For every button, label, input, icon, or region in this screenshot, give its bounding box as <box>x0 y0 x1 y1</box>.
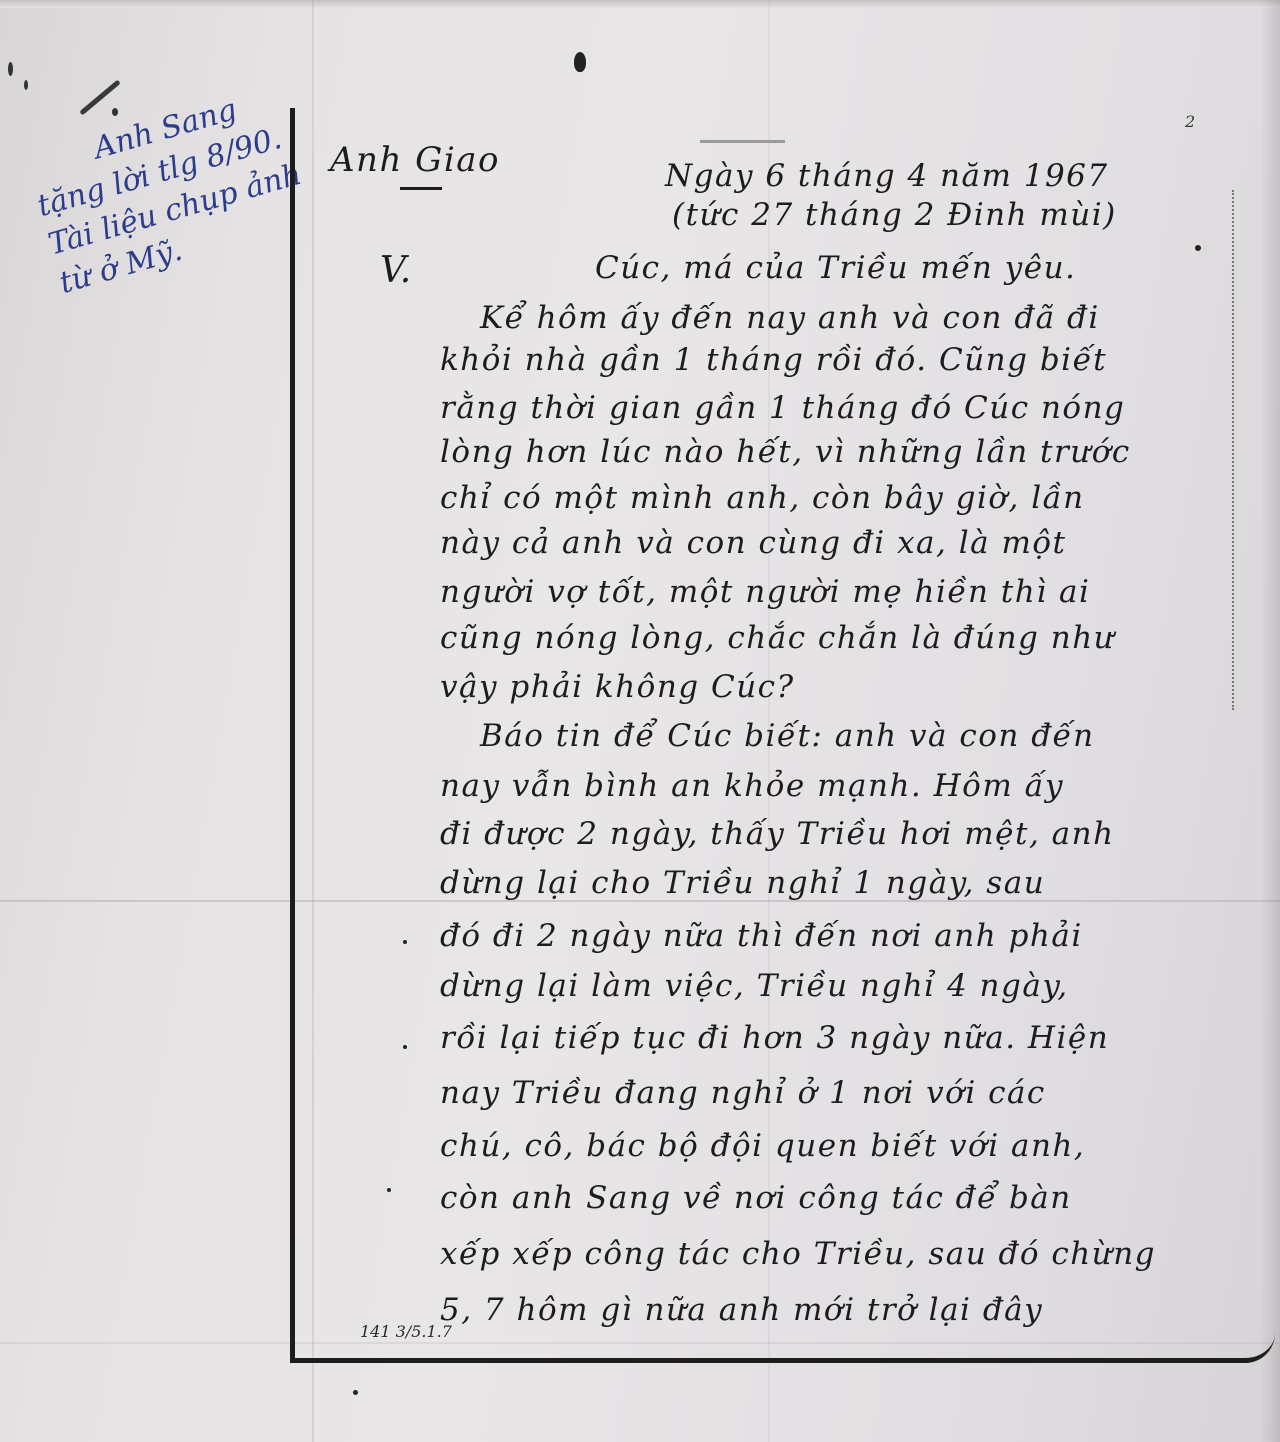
body-line: chú, cô, bác bộ đội quen biết với anh, <box>440 1128 1085 1164</box>
body-line: này cả anh và con cùng đi xa, là một <box>440 525 1067 561</box>
body-line: nay Triều đang nghỉ ở 1 nơi với các <box>440 1075 1046 1111</box>
body-line: vậy phải không Cúc? <box>440 669 795 705</box>
body-line: người vợ tốt, một người mẹ hiền thì ai <box>440 574 1090 610</box>
body-line: dừng lại làm việc, Triều nghỉ 4 ngày, <box>440 968 1069 1004</box>
body-line: xếp xếp công tác cho Triều, sau đó chừng <box>440 1236 1156 1272</box>
bottom-scribble: 141 3/5.1.7 <box>360 1322 452 1341</box>
date-overline <box>700 140 785 143</box>
ink-dot <box>403 940 407 944</box>
ink-dot <box>403 1045 407 1049</box>
body-line: khỏi nhà gần 1 tháng rồi đó. Cũng biết <box>440 342 1107 378</box>
ink-dot <box>387 1188 391 1192</box>
body-line: còn anh Sang về nơi công tác để bàn <box>440 1180 1072 1216</box>
body-line: chỉ có một mình anh, còn bây giờ, lần <box>440 480 1085 516</box>
date-line: Ngày 6 tháng 4 năm 1967 <box>665 158 1109 194</box>
page-number: 2 <box>1185 112 1195 131</box>
body-line: cũng nóng lòng, chắc chắn là đúng như <box>440 620 1115 656</box>
body-line: dừng lại cho Triều nghỉ 1 ngày, sau <box>440 865 1045 901</box>
body-line: đó đi 2 ngày nữa thì đến nơi anh phải <box>440 918 1083 954</box>
ink-dot <box>1195 245 1201 251</box>
body-line: đi được 2 ngày, thấy Triều hơi mệt, anh <box>440 816 1115 852</box>
body-line: rồi lại tiếp tục đi hơn 3 ngày nữa. Hiện <box>440 1020 1109 1056</box>
recipient-underline <box>400 187 442 190</box>
letter-body: 2 Anh Giao Ngày 6 tháng 4 năm 1967 (tức … <box>0 0 1280 1442</box>
body-line: 5, 7 hôm gì nữa anh mới trở lại đây <box>440 1292 1043 1328</box>
lunar-date-line: (tức 27 tháng 2 Đinh mùi) <box>672 197 1117 233</box>
recipient-label: Anh Giao <box>330 140 500 180</box>
body-line: rằng thời gian gần 1 tháng đó Cúc nóng <box>440 390 1125 426</box>
body-line: lòng hơn lúc nào hết, vì những lần trước <box>440 434 1131 470</box>
body-line: nay vẫn bình an khỏe mạnh. Hôm ấy <box>440 768 1064 804</box>
salutation: Cúc, má của Triều mến yêu. <box>595 250 1076 286</box>
ink-dot <box>353 1390 358 1395</box>
body-line: Báo tin để Cúc biết: anh và con đến <box>480 718 1095 754</box>
check-mark: V. <box>380 250 411 291</box>
body-line: Kể hôm ấy đến nay anh và con đã đi <box>480 300 1100 336</box>
